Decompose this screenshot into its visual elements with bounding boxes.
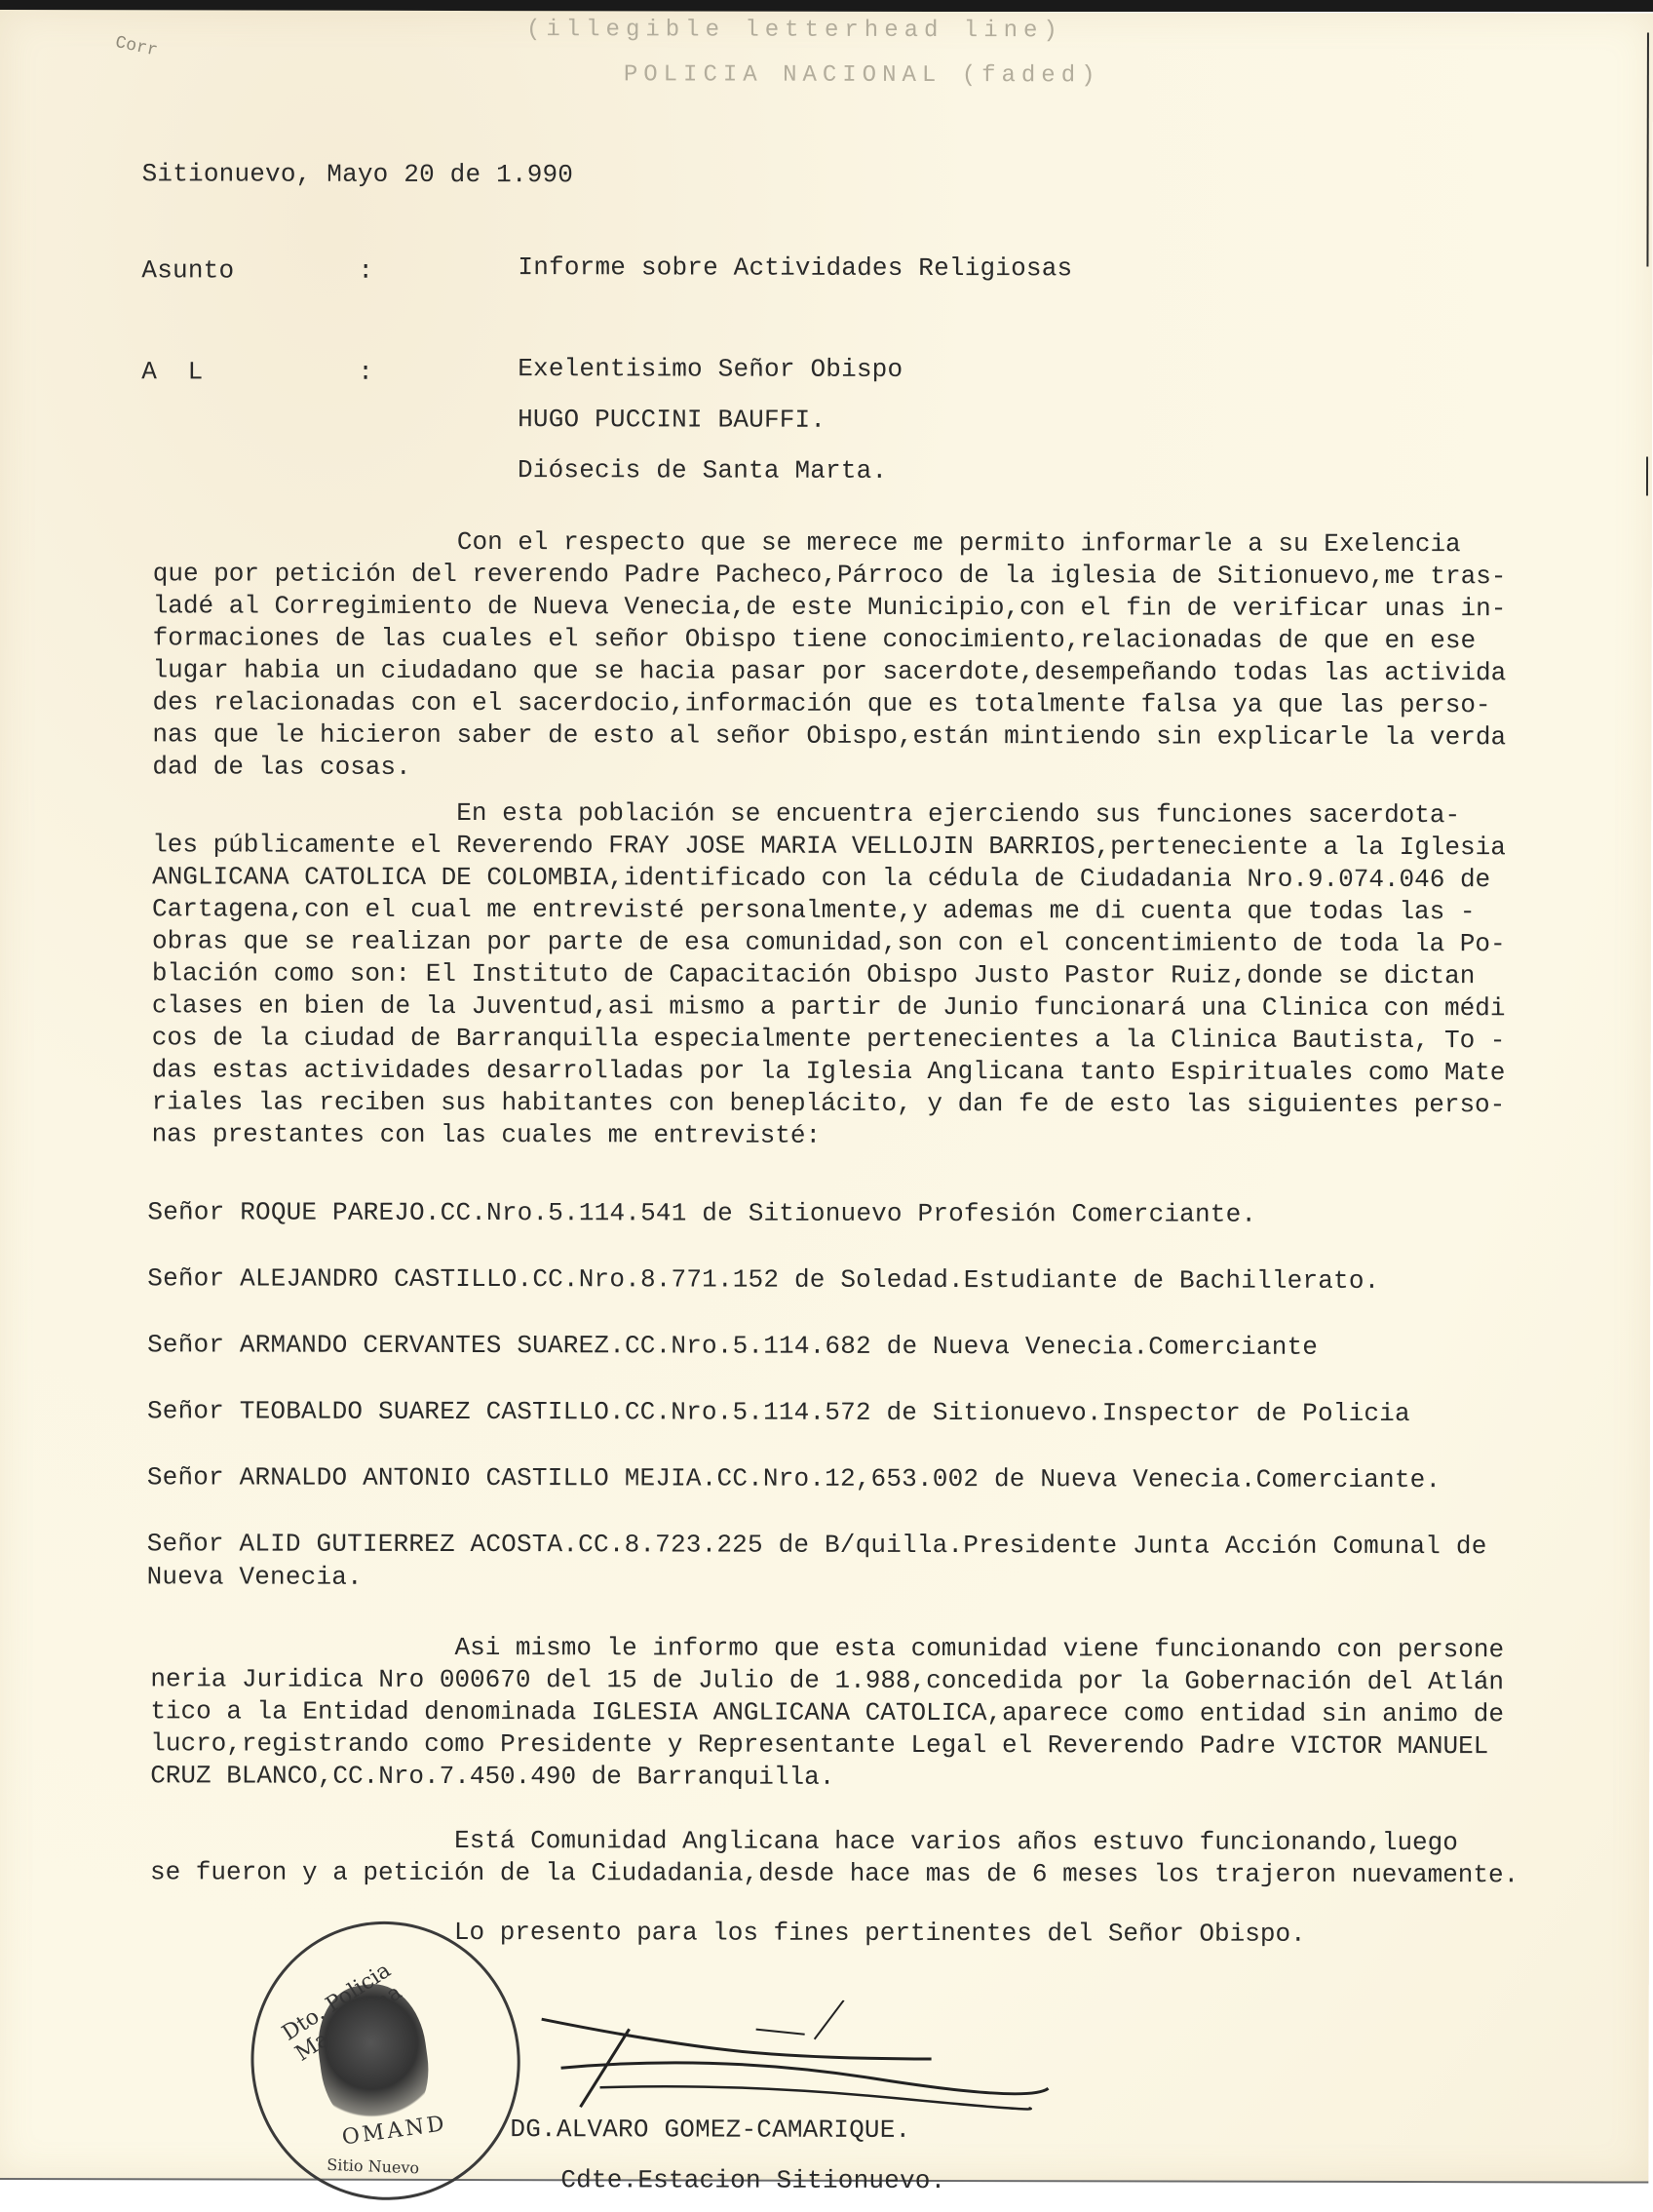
text-line: riales las reciben sus habitantes con be… [152, 1087, 1614, 1122]
text-line: formaciones de las cuales el señor Obisp… [153, 623, 1615, 658]
signatory-name: DG.ALVARO GOMEZ-CAMARIQUE. [510, 2115, 910, 2145]
text-line: les públicamente el Reverendo FRAY JOSE … [152, 830, 1614, 865]
witness-6-cont: Nueva Venecia. [147, 1562, 363, 1591]
text-line: des relacionadas con el sacerdocio,infor… [152, 687, 1614, 722]
text-line: clases en bien de la Juventud,asi mismo … [152, 990, 1614, 1026]
text-line: En esta población se encuentra ejerciend… [152, 797, 1614, 833]
text-line: nas que le hicieron saber de esto al señ… [152, 719, 1614, 755]
text-line: obras que se realizan por parte de esa c… [152, 926, 1614, 961]
text-line: lugar habia un ciudadano que se hacia pa… [153, 655, 1615, 690]
text-line: nas prestantes con las cuales me entrevi… [152, 1119, 1614, 1154]
signature-icon [521, 1999, 1067, 2117]
text-line: lucro,registrando como Presidente y Repr… [150, 1728, 1612, 1764]
text-line: blación como son: El Instituto de Capaci… [152, 958, 1614, 993]
text-line: Asi mismo le informo que esta comunidad … [150, 1632, 1612, 1667]
addressee-line-3: Diósecis de Santa Marta. [518, 455, 887, 485]
signatory-title: Cdte.Estacion Sitionuevo. [560, 2165, 945, 2195]
date-line: Sitionuevo, Mayo 20 de 1.990 [142, 159, 574, 189]
letterhead-line-1: (illegible letterhead line) [526, 17, 1063, 44]
text-line: ANGLICANA CATOLICA DE COLOMBIA,identific… [152, 862, 1614, 897]
addressee-line-1: Exelentisimo Señor Obispo [518, 354, 903, 384]
corner-annotation: Corr [113, 33, 159, 61]
document-page: (illegible letterhead line) POLICIA NACI… [0, 10, 1653, 2184]
witness-5: Señor ARNALDO ANTONIO CASTILLO MEJIA.CC.… [147, 1462, 1441, 1494]
paragraph-3: Asi mismo le informo que esta comunidad … [150, 1632, 1612, 1796]
text-line: tico a la Entidad denominada IGLESIA ANG… [150, 1696, 1612, 1731]
paragraph-2: En esta población se encuentra ejerciend… [152, 797, 1615, 1154]
addressee-colon: : [358, 358, 373, 387]
text-line: das estas actividades desarrolladas por … [152, 1055, 1614, 1090]
text-line: CRUZ BLANCO,CC.Nro.7.450.490 de Barranqu… [150, 1761, 1612, 1796]
margin-line-short [1646, 457, 1648, 496]
text-line: dad de las cosas. [152, 752, 1614, 787]
addressee-line-2: HUGO PUCCINI BAUFFI. [518, 405, 826, 435]
subject-value: Informe sobre Actividades Religiosas [518, 252, 1072, 283]
text-line: cos de la ciudad de Barranquilla especia… [152, 1023, 1614, 1058]
addressee-label: A L [141, 357, 203, 386]
witness-2: Señor ALEJANDRO CASTILLO.CC.Nro.8.771.15… [147, 1263, 1379, 1296]
text-line: que por petición del reverendo Padre Pac… [153, 559, 1615, 594]
subject-colon: : [358, 256, 373, 286]
text-line: neria Juridica Nro 000670 del 15 de Juli… [150, 1664, 1612, 1699]
text-line: se fueron y a petición de la Ciudadania,… [150, 1857, 1612, 1892]
margin-line [1646, 33, 1649, 267]
witness-6: Señor ALID GUTIERREZ ACOSTA.CC.8.723.225… [147, 1529, 1487, 1561]
text-line: ladé al Corregimiento de Nueva Venecia,d… [153, 591, 1615, 626]
witness-1: Señor ROQUE PAREJO.CC.Nro.5.114.541 de S… [147, 1197, 1256, 1228]
letterhead-line-2: POLICIA NACIONAL (faded) [624, 61, 1101, 89]
stamp-bottom-text: Sitio Nuevo [327, 2155, 419, 2177]
witness-4: Señor TEOBALDO SUAREZ CASTILLO.CC.Nro.5.… [147, 1396, 1410, 1428]
text-line: Está Comunidad Anglicana hace varios año… [150, 1825, 1612, 1860]
paragraph-4: Está Comunidad Anglicana hace varios año… [150, 1825, 1612, 1892]
text-line: Cartagena,con el cual me entrevisté pers… [152, 894, 1614, 929]
witness-3: Señor ARMANDO CERVANTES SUAREZ.CC.Nro.5.… [147, 1330, 1318, 1362]
police-stamp: Dto. Policia Magdalena OMAND Sitio Nuevo [233, 1904, 538, 2212]
subject-label: Asunto [141, 255, 234, 285]
paragraph-1: Con el respecto que se merece me permito… [152, 526, 1615, 787]
text-line: Con el respecto que se merece me permito… [153, 526, 1615, 562]
